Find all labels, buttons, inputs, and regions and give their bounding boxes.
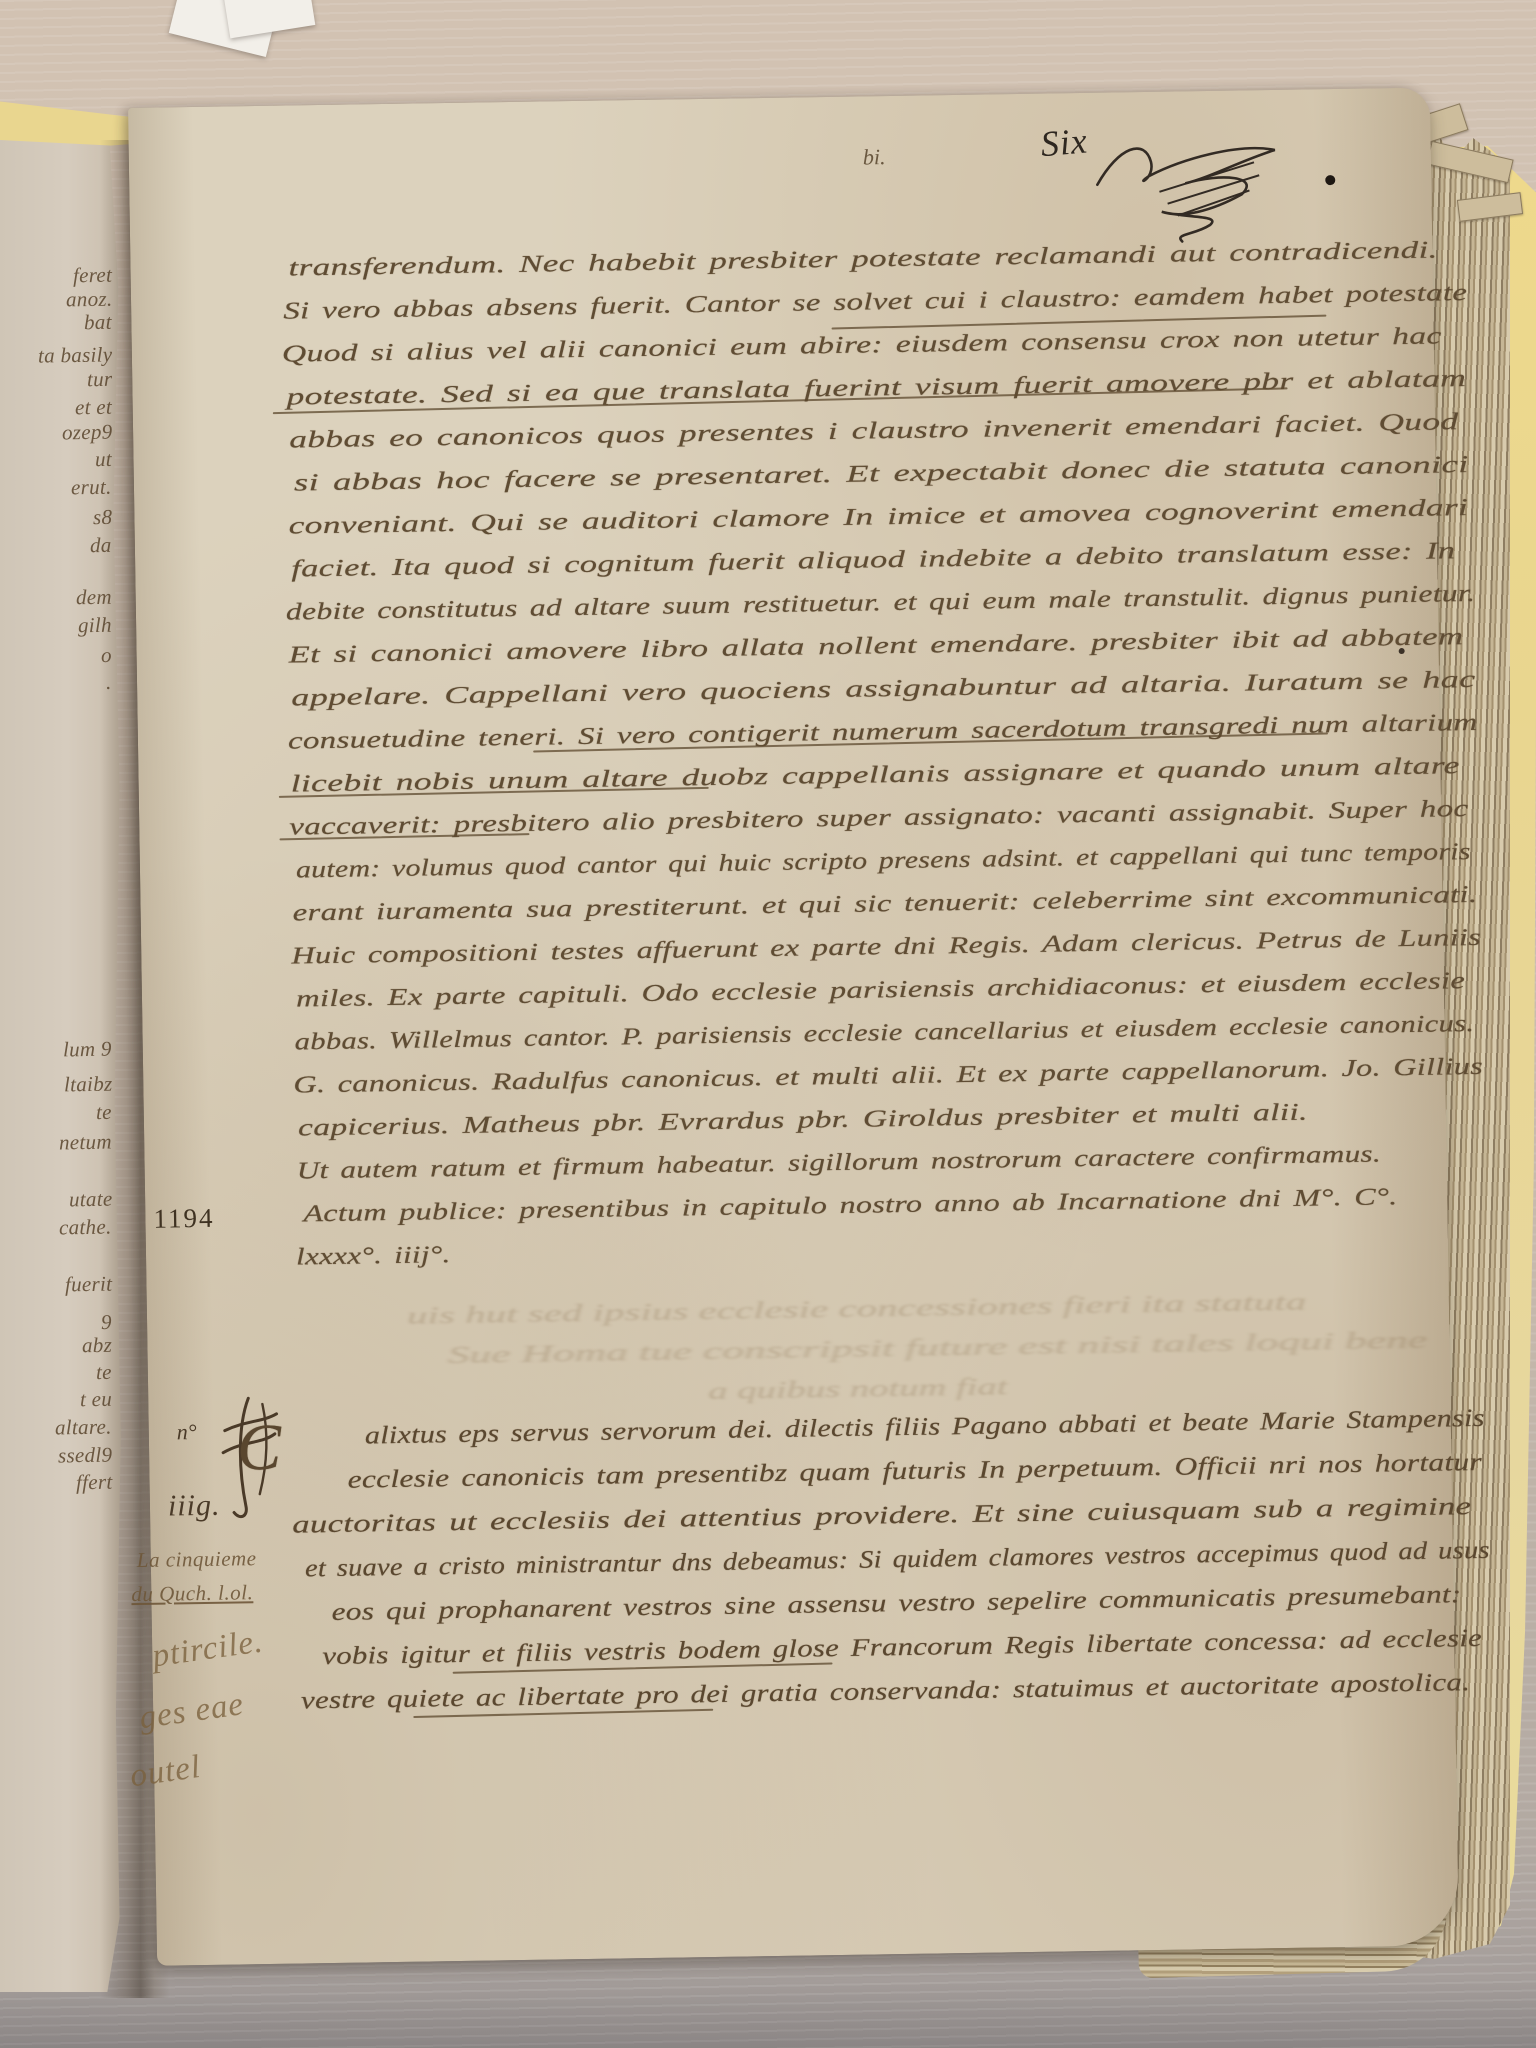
quire-mark: bi.	[863, 144, 886, 170]
text-line: potestate. Sed si ea que translata fueri…	[286, 366, 1466, 412]
text-line: debite constitutus ad altare suum restit…	[286, 581, 1476, 627]
margin-french-note: La cinquieme	[137, 1546, 257, 1573]
showthrough-line: a quibus notum fiat	[708, 1374, 1008, 1406]
text-line: auctoritas ut ecclesiis dei attentius pr…	[292, 1493, 1471, 1540]
pen-flourish-paraph-icon	[1088, 120, 1300, 253]
ink-speck	[1399, 648, 1405, 654]
text-line: Si vero abbas absens fuerit. Cantor se s…	[283, 280, 1467, 326]
margin-entry-no-label: n°	[177, 1419, 197, 1445]
text-line: vestre quiete ac libertate pro dei grati…	[301, 1669, 1470, 1715]
text-line: transferendum. Nec habebit presbiter pot…	[288, 237, 1438, 282]
margin-late-note-1: ptircile.	[150, 1623, 265, 1675]
text-line: ecclesie canonicis tam presentibz quam f…	[347, 1449, 1482, 1495]
text-line: appelare. Cappellani vero quociens assig…	[291, 667, 1476, 713]
text-line: si abbas hoc facere se presentaret. Et e…	[294, 452, 1469, 497]
folio-mark: Six	[1039, 119, 1089, 165]
text-line: Actum publice: presentibus in capitulo n…	[303, 1184, 1397, 1228]
margin-year: 1194	[153, 1203, 214, 1235]
text-line: G. canonicus. Radulfus canonicus. et mul…	[293, 1054, 1483, 1100]
text-line: Et si canonici amovere libro allata noll…	[288, 624, 1463, 669]
wormhole	[1325, 175, 1335, 185]
text-line: miles. Ex parte capituli. Odo ecclesie p…	[296, 968, 1466, 1013]
showthrough-line: uis hut sed ipsius ecclesie concessiones…	[407, 1290, 1307, 1331]
text-line: eos qui prophanarent vestros sine assens…	[331, 1581, 1461, 1627]
showthrough-line: Sue Homa tue conscripsit future est nisi…	[447, 1328, 1427, 1370]
manuscript-page: bi. Six 1194 uis hut sed ipsius ecclesie…	[128, 88, 1459, 1966]
margin-entry-no: iiig.	[168, 1489, 221, 1524]
text-line: erant iuramenta sua prestiterunt. et qui…	[292, 882, 1477, 928]
photo-scene: feretanoz.batta basilyturet etozep9uteru…	[0, 0, 1536, 2048]
text-line: et suave a cristo ministrantur dns debea…	[305, 1537, 1490, 1584]
text-line: abbas. Willelmus cantor. P. parisiensis …	[294, 1011, 1474, 1057]
text-line: conveniant. Qui se auditori clamore In i…	[288, 495, 1468, 541]
text-line: vobis igitur et filiis vestris bodem glo…	[322, 1625, 1482, 1671]
margin-french-note-2: du Quch. l.ol.	[131, 1580, 253, 1607]
text-line: Huic compositioni testes affuerunt ex pa…	[291, 925, 1481, 971]
text-line: autem: volumus quod cantor qui huic scri…	[296, 839, 1471, 884]
text-line: alixtus eps servus servorum dei. dilecti…	[365, 1405, 1485, 1451]
initial-letter: C	[237, 1418, 282, 1479]
text-line: lxxxx°. iiij°.	[296, 1242, 451, 1271]
text-line: Ut autem ratum et firmum habeatur. sigil…	[297, 1141, 1382, 1185]
text-line: abbas eo canonicos quos presentes i clau…	[289, 409, 1459, 454]
margin-late-note-2: ges eae	[137, 1686, 246, 1737]
text-line: capicerius. Matheus pbr. Evrardus pbr. G…	[298, 1100, 1308, 1143]
text-line: Quod si alius vel alii canonici eum abir…	[282, 323, 1442, 368]
text-line: faciet. Ita quod si cognitum fuerit aliq…	[291, 538, 1455, 583]
